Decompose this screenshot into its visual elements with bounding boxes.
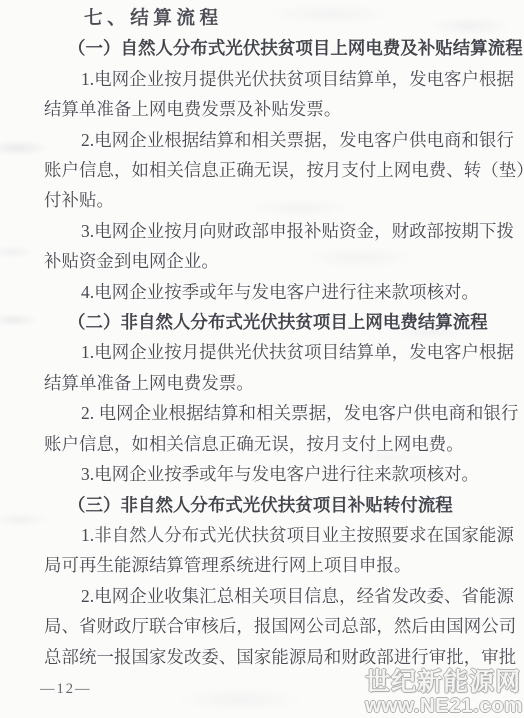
text-line: 4.电网企业按季或年与发电客户进行往来款项核对。 bbox=[44, 277, 511, 307]
text-line: 补贴资金到电网企业。 bbox=[44, 246, 511, 276]
text-line: 付补贴。 bbox=[44, 185, 511, 215]
text-line: 局可再生能源结算管理系统进行网上项目申报。 bbox=[44, 550, 511, 580]
watermark: 世纪新能源网 www.NE21.com bbox=[365, 670, 523, 717]
text-line: 账户信息，如相关信息正确无误，按月支付上网电费。 bbox=[44, 429, 511, 459]
section-heading-2: （二）非自然人分布式光伏扶贫项目上网电费结算流程 bbox=[44, 307, 511, 337]
page-title: 七、结算流程 bbox=[44, 3, 511, 33]
text-line: 账户信息，如相关信息正确无误，按月支付上网电费、转（垫） bbox=[44, 155, 511, 185]
text-line: 结算单准备上网电费发票。 bbox=[44, 368, 511, 398]
text-line: 2.电网企业收集汇总相关项目信息，经省发改委、省能源 bbox=[44, 581, 511, 611]
text-line: 1.电网企业按月提供光伏扶贫项目结算单，发电客户根据 bbox=[44, 337, 511, 367]
document-page: { "doc": { "lines": [ "七、结算流程", "（一）自然人分… bbox=[0, 0, 524, 718]
text-line: 总部统一报国家发改委、国家能源局和财政部进行审批，审批 bbox=[44, 642, 511, 672]
text-line: 1.非自然人分布式光伏扶贫项目业主按照要求在国家能源 bbox=[44, 520, 511, 550]
document-text-block: 七、结算流程 （一）自然人分布式光伏扶贫项目上网电费及补贴结算流程 1.电网企业… bbox=[44, 3, 511, 672]
section-heading-3: （三）非自然人分布式光伏扶贫项目补贴转付流程 bbox=[44, 490, 511, 520]
text-line: 结算单准备上网电费发票及补贴发票。 bbox=[44, 94, 511, 124]
text-line: 2. 电网企业根据结算和相关票据，发电客户供电商和银行 bbox=[44, 398, 511, 428]
text-line: 1.电网企业按月提供光伏扶贫项目结算单，发电客户根据 bbox=[44, 64, 511, 94]
text-line: 局、省财政厅联合审核后，报国网公司总部，然后由国网公司 bbox=[44, 611, 511, 641]
text-line: 3.电网企业按月向财政部申报补贴资金，财政部按期下拨 bbox=[44, 216, 511, 246]
section-heading-1: （一）自然人分布式光伏扶贫项目上网电费及补贴结算流程 bbox=[44, 33, 511, 63]
page-number: —12— bbox=[40, 681, 92, 698]
watermark-site-url: www.NE21.com bbox=[365, 696, 523, 717]
text-line: 3.电网企业按季或年与发电客户进行往来款项核对。 bbox=[44, 459, 511, 489]
watermark-site-name: 世纪新能源网 bbox=[365, 670, 523, 695]
text-line: 2.电网企业根据结算和相关票据，发电客户供电商和银行 bbox=[44, 125, 511, 155]
